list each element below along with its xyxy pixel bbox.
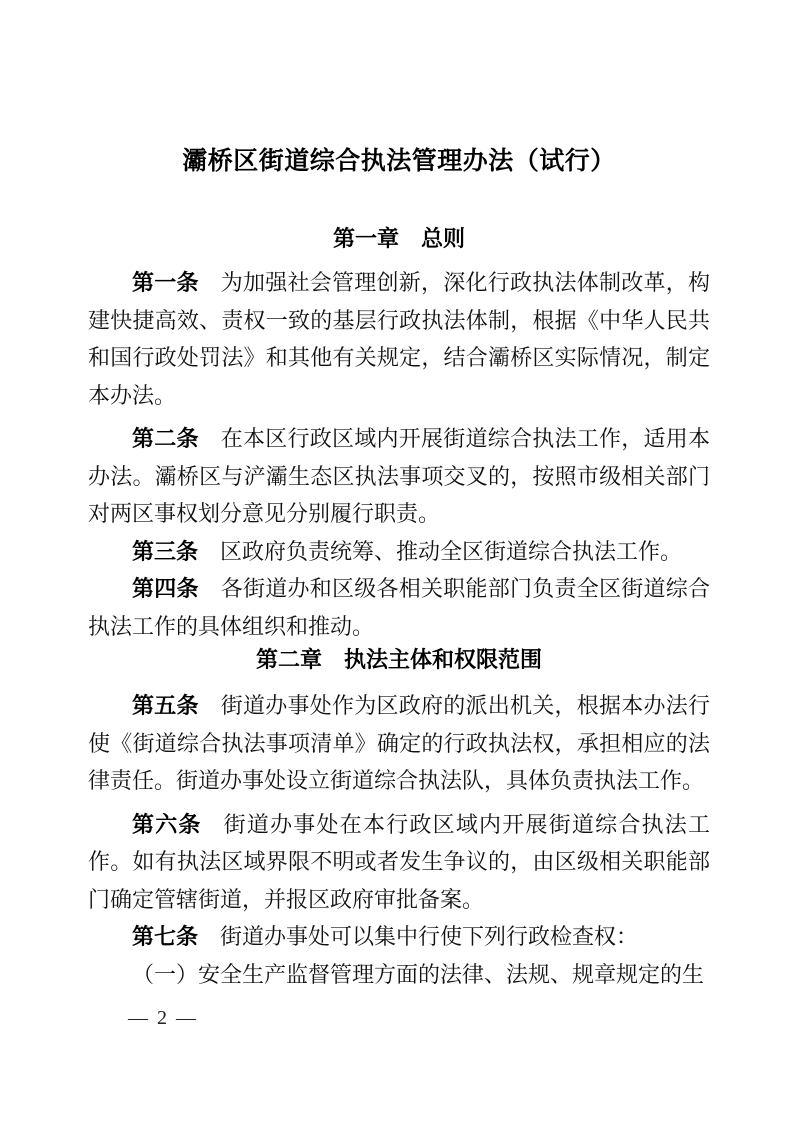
chapter-2-heading: 第二章 执法主体和权限范围 bbox=[88, 645, 710, 675]
document-title: 灞桥区街道综合执法管理办法（试行） bbox=[88, 146, 710, 178]
article-4-label: 第四条 bbox=[132, 576, 199, 601]
list-item-1-paragraph: （一）安全生产监督管理方面的法律、法规、规章规定的生 bbox=[88, 956, 710, 994]
article-6-paragraph: 第六条街道办事处在本行政区域内开展街道综合执法工作。如有执法区域界限不明或者发生… bbox=[88, 806, 710, 919]
document-page: 灞桥区街道综合执法管理办法（试行） 第一章 总则 第一条为加强社会管理创新，深化… bbox=[0, 0, 793, 1122]
article-2-paragraph: 第二条在本区行政区域内开展街道综合执法工作，适用本办法。灞桥区与浐灞生态区执法事… bbox=[88, 420, 710, 533]
article-3-paragraph: 第三条区政府负责统筹、推动全区街道综合执法工作。 bbox=[88, 533, 710, 571]
page-number: — 2 — bbox=[128, 1004, 198, 1032]
article-5-paragraph: 第五条街道办事处作为区政府的派出机关，根据本办法行使《街道综合执法事项清单》确定… bbox=[88, 687, 710, 800]
chapter-1-heading: 第一章 总则 bbox=[88, 224, 710, 254]
article-7-paragraph: 第七条街道办事处可以集中行使下列行政检查权： bbox=[88, 918, 710, 956]
article-4-paragraph: 第四条各街道办和区级各相关职能部门负责全区街道综合执法工作的具体组织和推动。 bbox=[88, 570, 710, 645]
article-3-label: 第三条 bbox=[132, 539, 198, 564]
article-7-text: 街道办事处可以集中行使下列行政检查权： bbox=[220, 924, 638, 949]
article-6-label: 第六条 bbox=[132, 812, 202, 837]
article-3-text: 区政府负责统筹、推动全区街道综合执法工作。 bbox=[220, 539, 682, 564]
article-5-label: 第五条 bbox=[132, 693, 199, 718]
article-1-paragraph: 第一条为加强社会管理创新，深化行政执法体制改革，构建快捷高效、责权一致的基层行政… bbox=[88, 264, 710, 414]
article-2-label: 第二条 bbox=[132, 426, 199, 451]
article-1-label: 第一条 bbox=[132, 270, 199, 295]
list-item-1-text: （一）安全生产监督管理方面的法律、法规、规章规定的生 bbox=[132, 962, 704, 987]
article-7-label: 第七条 bbox=[132, 924, 198, 949]
